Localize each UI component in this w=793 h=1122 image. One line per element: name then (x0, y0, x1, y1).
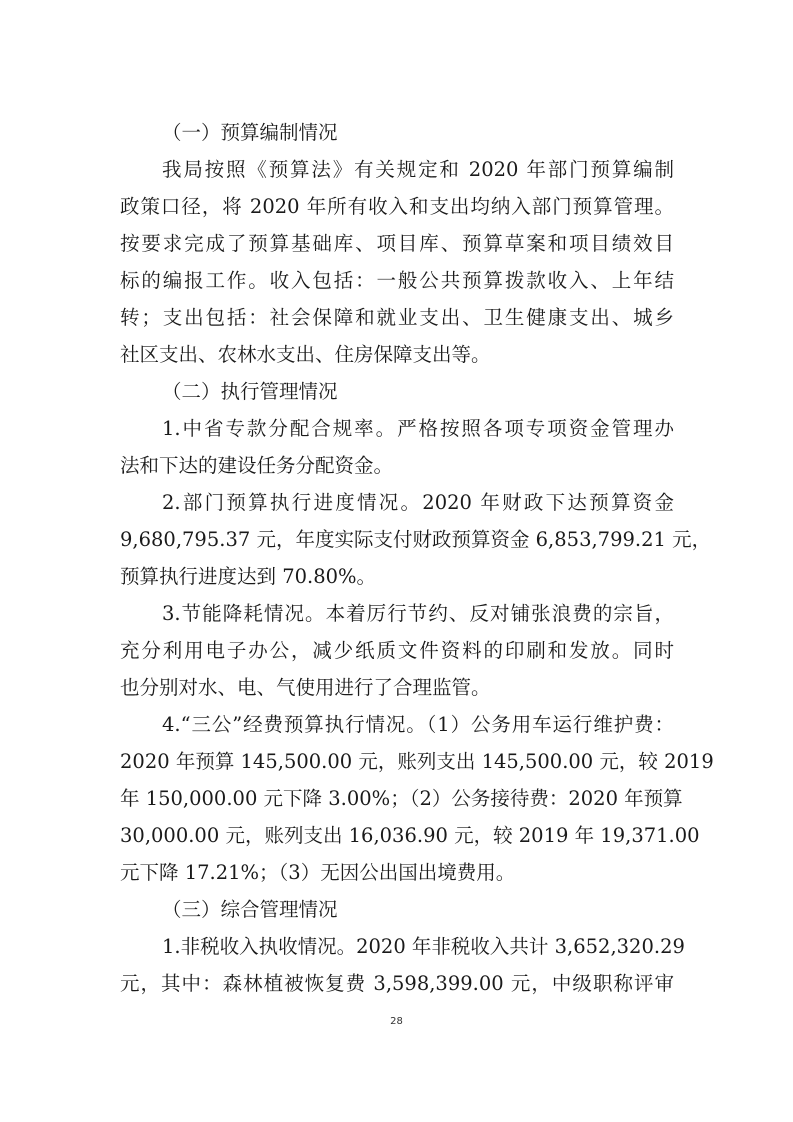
section-budget-preparation: （一）预算编制情况 我局按照《预算法》有关规定和 2020 年部门预算编制 政策… (120, 114, 674, 373)
text-line: 预算执行进度达到 70.80%。 (120, 558, 674, 595)
text-line: 4.“三公”经费预算执行情况。（1）公务用车运行维护费： (120, 706, 674, 743)
text-line: 元，其中：森林植被恢复费 3,598,399.00 元，中级职称评审 (120, 965, 674, 1002)
paragraph-special-funds: 1.中省专款分配合规率。严格按照各项专项资金管理办 法和下达的建设任务分配资金。 (120, 410, 674, 484)
text-line: 2.部门预算执行进度情况。2020 年财政下达预算资金 (120, 484, 674, 521)
text-line: 社区支出、农林水支出、住房保障支出等。 (120, 336, 674, 373)
text-line: 标的编报工作。收入包括：一般公共预算拨款收入、上年结 (120, 262, 674, 299)
paragraph-three-public-expenses: 4.“三公”经费预算执行情况。（1）公务用车运行维护费： 2020 年预算 14… (120, 706, 674, 891)
text-line: 法和下达的建设任务分配资金。 (120, 447, 674, 484)
paragraph-energy-saving: 3.节能降耗情况。本着厉行节约、反对铺张浪费的宗旨， 充分利用电子办公，减少纸质… (120, 595, 674, 706)
text-line: 3.节能降耗情况。本着厉行节约、反对铺张浪费的宗旨， (120, 595, 674, 632)
text-line: 年 150,000.00 元下降 3.00%；（2）公务接待费：2020 年预算 (120, 780, 674, 817)
section-heading: （二）执行管理情况 (120, 373, 674, 410)
section-execution-management: （二）执行管理情况 1.中省专款分配合规率。严格按照各项专项资金管理办 法和下达… (120, 373, 674, 891)
text-line: 2020 年预算 145,500.00 元，账列支出 145,500.00 元，… (120, 743, 674, 780)
section-heading: （三）综合管理情况 (120, 891, 674, 928)
text-line: 1.中省专款分配合规率。严格按照各项专项资金管理办 (120, 410, 674, 447)
page-number: 28 (0, 1016, 793, 1027)
text-line: 转；支出包括：社会保障和就业支出、卫生健康支出、城乡 (120, 299, 674, 336)
paragraph: 我局按照《预算法》有关规定和 2020 年部门预算编制 政策口径，将 2020 … (120, 151, 674, 373)
text-line: 30,000.00 元，账列支出 16,036.90 元，较 2019 年 19… (120, 817, 674, 854)
section-comprehensive-management: （三）综合管理情况 1.非税收入执收情况。2020 年非税收入共计 3,652,… (120, 891, 674, 1002)
text-line: 充分利用电子办公，减少纸质文件资料的印刷和发放。同时 (120, 632, 674, 669)
text-line: 1.非税收入执收情况。2020 年非税收入共计 3,652,320.29 (120, 928, 674, 965)
text-line: 元下降 17.21%；（3）无因公出国出境费用。 (120, 854, 674, 891)
paragraph-budget-progress: 2.部门预算执行进度情况。2020 年财政下达预算资金 9,680,795.37… (120, 484, 674, 595)
section-heading: （一）预算编制情况 (120, 114, 674, 151)
text-line: 政策口径，将 2020 年所有收入和支出均纳入部门预算管理。 (120, 188, 674, 225)
document-page: （一）预算编制情况 我局按照《预算法》有关规定和 2020 年部门预算编制 政策… (120, 114, 674, 1002)
paragraph-non-tax-revenue: 1.非税收入执收情况。2020 年非税收入共计 3,652,320.29 元，其… (120, 928, 674, 1002)
text-line: 也分别对水、电、气使用进行了合理监管。 (120, 669, 674, 706)
text-line: 9,680,795.37 元，年度实际支付财政预算资金 6,853,799.21… (120, 521, 674, 558)
text-line: 按要求完成了预算基础库、项目库、预算草案和项目绩效目 (120, 225, 674, 262)
text-line: 我局按照《预算法》有关规定和 2020 年部门预算编制 (120, 151, 674, 188)
